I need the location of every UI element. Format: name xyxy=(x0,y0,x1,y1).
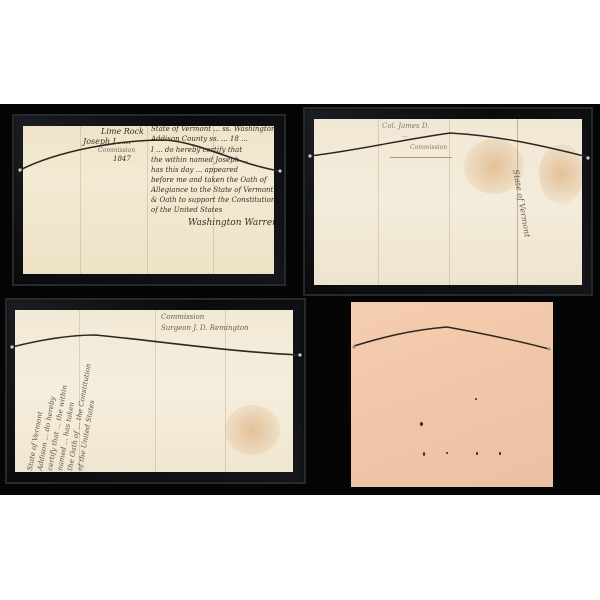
fold-line xyxy=(147,126,148,274)
spot xyxy=(476,452,478,455)
body-line: Allegiance to the State of Vermont xyxy=(151,187,273,194)
docket-line: 1847 xyxy=(113,156,131,163)
fold-line xyxy=(155,310,156,472)
docket-line: Joseph L. ... xyxy=(83,138,131,146)
signature: Washington Warren xyxy=(188,219,274,228)
body-line: & Oath to support the Constitution xyxy=(151,197,274,204)
docket-line: ... xyxy=(402,133,408,139)
body-line: the within named Joseph ... xyxy=(151,157,248,164)
docket-line: Lime Rock xyxy=(101,128,144,136)
docket-line: Commission xyxy=(410,145,447,151)
side-line: State of Vermont xyxy=(511,169,531,238)
document-bottom-left: Commission Surgeon J. D. Remington State… xyxy=(15,310,293,472)
spot xyxy=(446,452,448,454)
body-line: has this day ... appeared xyxy=(151,167,238,174)
document-bottom-right xyxy=(351,302,553,487)
body-line: before me and taken the Oath of xyxy=(151,177,267,184)
fold-line xyxy=(225,310,226,472)
stain xyxy=(225,405,280,455)
body-line: of the United States xyxy=(151,207,222,214)
body-line: State of Vermont ... ss. Washington xyxy=(151,126,274,133)
spot xyxy=(423,452,425,456)
spot xyxy=(499,452,501,455)
document-top-right: Col. James D. ... Commission State of Ve… xyxy=(314,119,582,285)
spot xyxy=(475,398,477,400)
docket-line: Surgeon J. D. Remington xyxy=(161,325,249,332)
body-line: I ... do hereby certify that xyxy=(151,147,242,154)
stain xyxy=(539,144,582,204)
document-top-left: Lime Rock Joseph L. ... Commission 1847 … xyxy=(23,126,274,274)
spot xyxy=(420,422,423,426)
docket-line: Commission xyxy=(161,314,204,321)
fold-line xyxy=(378,119,379,285)
fold-line xyxy=(449,119,450,285)
docket-line: Commission xyxy=(98,148,135,154)
fold-line xyxy=(390,157,452,158)
fold-line xyxy=(80,126,81,274)
docket-line: Col. James D. xyxy=(382,123,429,130)
body-line: Addison County ss. ... 18 ... xyxy=(151,136,248,143)
